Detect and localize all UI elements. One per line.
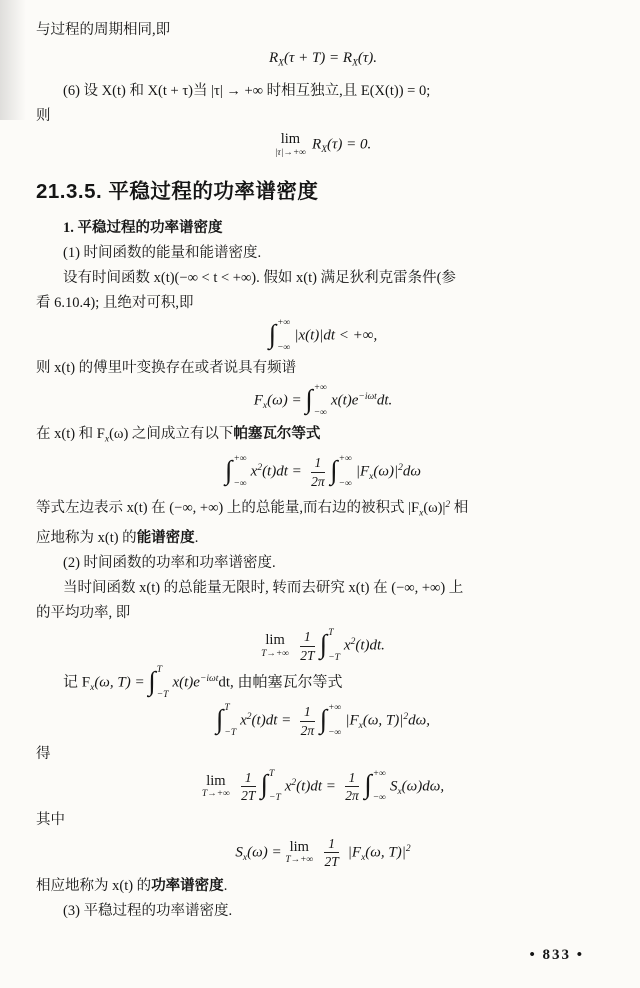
upper-limit: +∞ bbox=[277, 319, 290, 329]
math-token: (ω) = bbox=[267, 393, 305, 409]
integral-sign: ∫ bbox=[330, 457, 337, 484]
text-run: . bbox=[224, 878, 228, 894]
lower-limit: −T bbox=[224, 729, 236, 739]
math-token: x(t)e bbox=[331, 393, 358, 409]
math-token: dt. bbox=[377, 393, 392, 409]
math-token: |F bbox=[356, 464, 369, 480]
formula-limit-autocorrelation: lim|τ|→+∞RX(τ) = 0. bbox=[36, 132, 610, 163]
math-token: (ω) = bbox=[247, 844, 285, 860]
denominator: 2T bbox=[325, 853, 339, 870]
math-token: dω, bbox=[408, 713, 430, 729]
section-heading: 21.3.5. 平稳过程的功率谱密度 bbox=[36, 179, 610, 205]
scanned-page: 与过程的周期相同,即 RX(τ + T) = RX(τ). (6) 设 X(t)… bbox=[0, 0, 640, 988]
numerator: 1 bbox=[300, 629, 315, 647]
upper-limit: +∞ bbox=[328, 704, 341, 714]
lower-limit: −∞ bbox=[328, 729, 341, 739]
integral-sign: ∫ bbox=[269, 321, 276, 348]
paragraph-then: 则 bbox=[36, 104, 610, 129]
lower-limit: −T bbox=[328, 654, 340, 664]
lower-limit: −∞ bbox=[314, 409, 327, 419]
paragraph-psd-name: 相应地称为 x(t) 的功率谱密度. bbox=[36, 874, 610, 899]
text-run: 相 bbox=[450, 500, 468, 516]
math-superscript: −iωt bbox=[358, 392, 376, 402]
formula-power-spectral-density: Sx(ω) = limT→+∞12T |Fx(ω, T)|2 bbox=[36, 836, 610, 871]
upper-limit: T bbox=[157, 666, 169, 676]
text-run: dt, 由帕塞瓦尔等式 bbox=[218, 675, 342, 691]
term-parseval: 帕塞瓦尔等式 bbox=[233, 426, 320, 442]
math-token: F bbox=[254, 393, 263, 409]
numerator: 1 bbox=[300, 704, 315, 722]
page-number: • 833 • bbox=[529, 943, 584, 968]
term-power-spectral-density: 功率谱密度 bbox=[151, 878, 224, 894]
numerator: 1 bbox=[345, 770, 360, 788]
limit-operator: limT→+∞ bbox=[285, 840, 313, 866]
limit-condition: T→+∞ bbox=[261, 650, 289, 660]
formula-fourier-transform: Fx(ω) = ∫+∞−∞x(t)e−iωtdt. bbox=[36, 384, 610, 419]
text-run: (ω) 之间成立有以下 bbox=[109, 426, 233, 442]
text-run: . bbox=[195, 530, 199, 546]
limit-condition: |τ|→+∞ bbox=[275, 149, 306, 159]
formula-absolute-integrability: ∫+∞−∞|x(t)|dt < +∞, bbox=[36, 319, 610, 353]
integral-limits: +∞−∞ bbox=[373, 770, 386, 804]
formula-parseval-truncated: ∫T−Tx2(t)dt = 12π∫+∞−∞|Fx(ω, T)|2dω, bbox=[36, 704, 610, 739]
fraction: 12π bbox=[300, 704, 315, 738]
math-superscript: 2 bbox=[406, 844, 411, 854]
paragraph-energy-a: 等式左边表示 x(t) 在 (−∞, +∞) 上的总能量,而右边的被积式 |Fx… bbox=[36, 493, 610, 527]
limit-operator: limT→+∞ bbox=[261, 633, 289, 659]
math-token: x(t)e bbox=[172, 675, 199, 691]
math-token: (ω, T)| bbox=[365, 844, 406, 860]
term-energy-spectral-density: 能谱密度 bbox=[137, 530, 195, 546]
math-token: |F bbox=[344, 844, 361, 860]
integral-limits: T−T bbox=[328, 629, 340, 663]
formula-power-spectral-relation: limT→+∞12T∫T−Tx2(t)dt = 12π∫+∞−∞Sx(ω)dω, bbox=[36, 770, 610, 805]
upper-limit: +∞ bbox=[339, 455, 352, 465]
integral-sign: ∫ bbox=[225, 457, 232, 484]
math-token: (ω)dω, bbox=[402, 778, 444, 794]
limit-operator: limT→+∞ bbox=[202, 774, 230, 800]
integral-limits: +∞−∞ bbox=[328, 704, 341, 738]
paragraph-fourier: 则 x(t) 的傅里叶变换存在或者说具有频谱 bbox=[36, 356, 610, 381]
integral-limits: +∞−∞ bbox=[314, 384, 327, 418]
upper-limit: T bbox=[269, 770, 281, 780]
math-token: lim bbox=[281, 132, 300, 147]
math-token: (t)dt = bbox=[296, 778, 339, 794]
integral-limits: T−T bbox=[224, 704, 236, 738]
list-item-1: (1) 时间函数的能量和能谱密度. bbox=[36, 241, 610, 266]
formula-periodicity: RX(τ + T) = RX(τ). bbox=[36, 46, 610, 76]
math-superscript: −iωt bbox=[200, 675, 218, 685]
math-token: (τ). bbox=[358, 50, 377, 66]
integral-sign: ∫ bbox=[364, 771, 371, 798]
denominator: 2π bbox=[311, 473, 325, 490]
text-run: 应地称为 x(t) 的 bbox=[36, 530, 137, 546]
paragraph-period: 与过程的周期相同,即 bbox=[36, 18, 610, 43]
math-token: lim bbox=[290, 840, 309, 855]
math-token: x bbox=[344, 638, 351, 654]
text-run: 相应地称为 x(t) 的 bbox=[36, 878, 151, 894]
fraction: 12π bbox=[311, 455, 326, 489]
denominator: 2π bbox=[301, 722, 315, 739]
lower-limit: −T bbox=[269, 794, 281, 804]
numerator: 1 bbox=[324, 836, 339, 854]
denominator: 2T bbox=[300, 647, 314, 664]
math-token: (ω, T)| bbox=[363, 713, 404, 729]
paragraph-parseval: 在 x(t) 和 Fx(ω) 之间成立有以下帕塞瓦尔等式 bbox=[36, 422, 610, 452]
text-run: (ω)| bbox=[423, 500, 445, 516]
paragraph-dirichlet-b: 看 6.10.4); 且绝对可积,即 bbox=[36, 291, 610, 316]
paragraph-de: 得 bbox=[36, 742, 610, 767]
math-token: dω bbox=[403, 464, 421, 480]
denominator: 2T bbox=[241, 787, 255, 804]
formula-average-power: limT→+∞12T∫T−Tx2(t)dt. bbox=[36, 629, 610, 663]
math-token: |F bbox=[345, 713, 358, 729]
numerator: 1 bbox=[241, 770, 256, 788]
fraction: 12T bbox=[324, 836, 339, 870]
lower-limit: −∞ bbox=[277, 344, 290, 354]
integral-limits: +∞−∞ bbox=[339, 455, 352, 489]
upper-limit: T bbox=[224, 704, 236, 714]
paragraph-dirichlet-a: 设有时间函数 x(t)(−∞ < t < +∞). 假如 x(t) 满足狄利克雷… bbox=[36, 266, 610, 291]
integral-sign: ∫ bbox=[148, 668, 155, 695]
text-run: 等式左边表示 x(t) 在 (−∞, +∞) 上的总能量,而右边的被积式 |F bbox=[36, 500, 419, 516]
integral-sign: ∫ bbox=[320, 706, 327, 733]
text-run: 在 x(t) 和 F bbox=[36, 426, 105, 442]
math-token: R bbox=[312, 137, 321, 153]
paragraph-power-a: 当时间函数 x(t) 的总能量无限时, 转而去研究 x(t) 在 (−∞, +∞… bbox=[36, 576, 610, 601]
upper-limit: T bbox=[328, 629, 340, 639]
math-token: (t)dt. bbox=[355, 638, 385, 654]
lower-limit: −∞ bbox=[233, 480, 246, 490]
math-token: x bbox=[240, 713, 247, 729]
limit-condition: T→+∞ bbox=[285, 856, 313, 866]
fraction: 12T bbox=[300, 629, 315, 663]
lower-limit: −T bbox=[157, 691, 169, 701]
integral-limits: T−T bbox=[157, 666, 169, 700]
math-token: |x(t)|dt < +∞, bbox=[294, 328, 377, 344]
math-token: lim bbox=[206, 774, 225, 789]
list-item-2: (2) 时间函数的功率和功率谱密度. bbox=[36, 551, 610, 576]
subsection-title: 1. 平稳过程的功率谱密度 bbox=[36, 216, 610, 241]
list-item-3: (3) 平稳过程的功率谱密度. bbox=[36, 899, 610, 924]
text-run: 记 F bbox=[63, 675, 90, 691]
integral-limits: +∞−∞ bbox=[277, 319, 290, 353]
formula-parseval-identity: ∫+∞−∞x2(t)dt = 12π∫+∞−∞|Fx(ω)|2dω bbox=[36, 455, 610, 490]
integral-limits: T−T bbox=[269, 770, 281, 804]
math-token: (t)dt = bbox=[262, 464, 305, 480]
math-token: S bbox=[235, 844, 243, 860]
lower-limit: −∞ bbox=[339, 480, 352, 490]
paragraph-qizhong: 其中 bbox=[36, 808, 610, 833]
math-token: (ω)| bbox=[373, 464, 398, 480]
integral-sign: ∫ bbox=[305, 386, 312, 413]
integral-sign: ∫ bbox=[320, 631, 327, 658]
math-token: (τ + T) = R bbox=[284, 50, 352, 66]
integral-sign: ∫ bbox=[261, 771, 268, 798]
upper-limit: +∞ bbox=[233, 455, 246, 465]
upper-limit: +∞ bbox=[314, 384, 327, 394]
math-token: R bbox=[269, 50, 278, 66]
math-token: (ω, T) = bbox=[94, 675, 148, 691]
math-token: (τ) = 0. bbox=[327, 137, 371, 153]
integral-limits: +∞−∞ bbox=[233, 455, 246, 489]
upper-limit: +∞ bbox=[373, 770, 386, 780]
integral-sign: ∫ bbox=[216, 706, 223, 733]
lower-limit: −∞ bbox=[373, 794, 386, 804]
paragraph-item6: (6) 设 X(t) 和 X(t + τ)当 |τ| → +∞ 时相互独立,且 … bbox=[36, 79, 610, 104]
fraction: 12T bbox=[241, 770, 256, 804]
formula-truncated-transform: 记 Fx(ω, T) = ∫T−Tx(t)e−iωtdt, 由帕塞瓦尔等式 bbox=[36, 666, 610, 701]
fraction: 12π bbox=[345, 770, 360, 804]
math-token: lim bbox=[265, 633, 284, 648]
paragraph-energy-b: 应地称为 x(t) 的能谱密度. bbox=[36, 526, 610, 551]
limit-condition: T→+∞ bbox=[202, 790, 230, 800]
limit-operator: lim|τ|→+∞ bbox=[275, 132, 306, 158]
paragraph-power-b: 的平均功率, 即 bbox=[36, 601, 610, 626]
numerator: 1 bbox=[311, 455, 326, 473]
math-token: (t)dt = bbox=[252, 713, 295, 729]
denominator: 2π bbox=[345, 787, 359, 804]
